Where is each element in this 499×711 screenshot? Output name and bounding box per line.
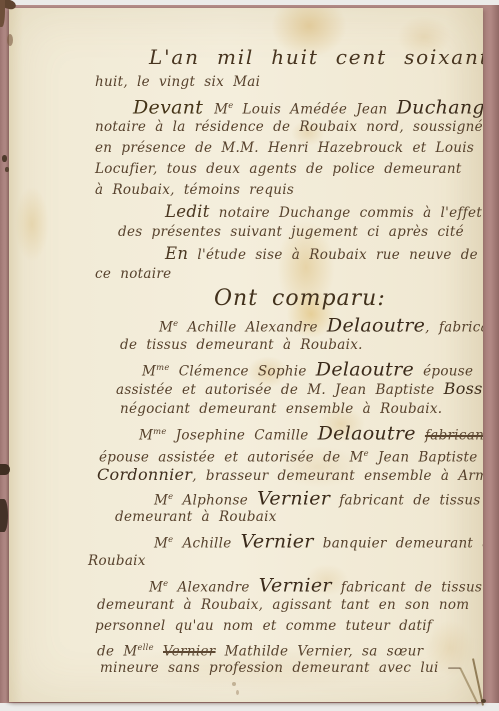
manuscript-line: assistée et autorisée de M. Jean Baptist… — [116, 378, 483, 399]
manuscript-line: huit, le vingt six Mai — [95, 72, 483, 93]
manuscript-line: Devant Me Louis Amédée Jean Duchange — [133, 93, 483, 117]
manuscript-line: Locufier, tous deux agents de police dem… — [95, 159, 483, 180]
manuscript-line: L'an mil huit cent soixante — [149, 42, 483, 72]
text-segment — [416, 428, 425, 444]
text-segment: Mathilde Vernier, sa sœur — [216, 643, 424, 659]
text-segment: banquier demeurant à — [314, 536, 483, 552]
text-segment: notaire Duchange commis à l'effet — [210, 205, 482, 221]
text-segment: Clémence Sophie — [170, 363, 316, 379]
text-segment: Bossut — [444, 379, 483, 398]
manuscript-line: des présentes suivant jugement ci après … — [118, 222, 483, 243]
text-segment: me — [153, 426, 166, 436]
struck-text: fabricant — [425, 428, 483, 444]
text-segment: de M — [97, 643, 137, 659]
text-segment: M — [214, 102, 228, 118]
text-segment: Delaoutre — [327, 315, 425, 337]
text-segment: huit, le vingt six Mai — [95, 74, 260, 90]
manuscript-line: Me Achille Vernier banquier demeurant à — [154, 528, 483, 551]
photo-backdrop: L'an mil huit cent soixantehuit, le ving… — [0, 0, 499, 711]
text-segment: M — [159, 320, 173, 336]
manuscript-lines: L'an mil huit cent soixantehuit, le ving… — [9, 42, 483, 679]
text-segment: M — [149, 579, 163, 595]
text-segment: Vernier — [259, 574, 332, 596]
manuscript-line: Ont comparu: — [214, 285, 483, 312]
text-segment: ce notaire — [95, 266, 171, 282]
text-segment: à Roubaix, témoins requis — [95, 182, 294, 198]
manuscript-line: Mme Josephine Camille Delaoutre fabrican… — [139, 420, 483, 443]
text-segment: Achille Alexandre — [178, 320, 327, 336]
text-segment: Ledit — [165, 202, 210, 221]
text-segment: Alphonse — [173, 492, 257, 508]
text-segment: Louis Amédée Jean — [233, 102, 396, 118]
text-segment: M — [154, 536, 168, 552]
manuscript-line: à Roubaix, témoins requis — [95, 180, 483, 201]
text-segment: Cordonnier — [97, 465, 192, 484]
text-segment: Achille — [173, 536, 240, 552]
text-segment: Josephine Camille — [167, 428, 318, 444]
text-segment: Roubaix — [88, 553, 146, 569]
text-segment: demeurant à Roubaix, agissant tant en so… — [97, 597, 469, 613]
text-segment: me — [156, 362, 169, 372]
text-segment: personnel qu'au nom et comme tuteur dati… — [95, 618, 432, 634]
manuscript-line: notaire à la résidence de Roubaix nord, … — [95, 117, 483, 138]
manuscript-line: demeurant à Roubaix — [115, 507, 483, 528]
text-segment: , brasseur demeurant ensemble à Armentiè… — [192, 468, 483, 484]
text-segment — [154, 643, 163, 659]
text-segment: Vernier — [241, 531, 314, 553]
text-segment: de tissus demeurant à Roubaix. — [120, 337, 363, 353]
text-segment: L'an mil huit cent soixante — [149, 45, 483, 69]
text-segment: M — [154, 492, 168, 508]
text-segment: Vernier — [257, 487, 330, 509]
text-segment: elle — [137, 642, 153, 652]
manuscript-line: personnel qu'au nom et comme tuteur dati… — [95, 616, 483, 637]
text-segment: , fabricant — [425, 320, 483, 336]
text-segment: assistée et autorisée de M. Jean Baptist… — [116, 382, 444, 398]
manuscript-line: négociant demeurant ensemble à Roubaix. — [120, 399, 483, 420]
text-segment: des présentes suivant jugement ci après … — [118, 224, 464, 240]
manuscript-line: mineure sans profession demeurant avec l… — [100, 658, 483, 679]
text-segment: demeurant à Roubaix — [115, 509, 277, 525]
manuscript-line: Ledit notaire Duchange commis à l'effet — [165, 201, 483, 222]
text-segment: Duchange — [397, 97, 483, 119]
text-segment: mineure sans profession demeurant avec l… — [100, 660, 461, 676]
text-segment: fabricant de tissus — [330, 492, 480, 508]
manuscript-line: de Melle Vernier Mathilde Vernier, sa sœ… — [97, 637, 483, 658]
manuscript-line: de tissus demeurant à Roubaix. — [120, 335, 483, 356]
manuscript-line: Roubaix — [88, 551, 483, 572]
manuscript-line: demeurant à Roubaix, agissant tant en so… — [97, 595, 483, 616]
text-segment: En — [165, 244, 188, 263]
struck-text: Vernier — [163, 643, 216, 659]
text-segment: M — [139, 428, 153, 444]
manuscript-line: Me Alphonse Vernier fabricant de tissus — [154, 485, 483, 508]
manuscript-line: Me Alexandre Vernier fabricant de tissus — [149, 572, 483, 595]
text-segment: Ont comparu: — [214, 286, 386, 311]
manuscript-line: Cordonnier, brasseur demeurant ensemble … — [97, 464, 483, 485]
manuscript-line: ce notaire — [95, 264, 483, 285]
text-segment: notaire à la résidence de Roubaix nord, … — [95, 119, 483, 135]
text-segment: Devant — [133, 97, 214, 119]
manuscript-line: épouse assistée et autorisée de Me Jean … — [99, 443, 483, 464]
text-segment: en présence de M.M. Henri Hazebrouck et … — [95, 140, 474, 156]
text-segment: M — [142, 363, 156, 379]
text-segment: Locufier, tous deux agents de police dem… — [95, 161, 462, 177]
text-segment: épouse — [414, 363, 473, 379]
text-segment: Jean Baptiste Fidèle — [369, 449, 483, 465]
manuscript-line: en présence de M.M. Henri Hazebrouck et … — [95, 138, 483, 159]
text-segment: Delaoutre — [318, 423, 416, 445]
manuscript-line: Me Achille Alexandre Delaoutre, fabrican… — [159, 312, 483, 335]
text-segment: négociant demeurant ensemble à Roubaix. — [120, 401, 442, 417]
text-segment: fabricant de tissus — [332, 579, 482, 595]
text-segment: l'étude sise à Roubaix rue neuve de — [188, 247, 478, 263]
manuscript-line: Mme Clémence Sophie Delaoutre épouse — [142, 356, 483, 379]
text-segment: épouse assistée et autorisée de M — [99, 449, 364, 465]
manuscript-page: L'an mil huit cent soixantehuit, le ving… — [9, 8, 483, 702]
text-segment: Alexandre — [168, 579, 258, 595]
text-segment: Delaoutre — [316, 358, 414, 380]
manuscript-line: En l'étude sise à Roubaix rue neuve de — [165, 243, 483, 264]
